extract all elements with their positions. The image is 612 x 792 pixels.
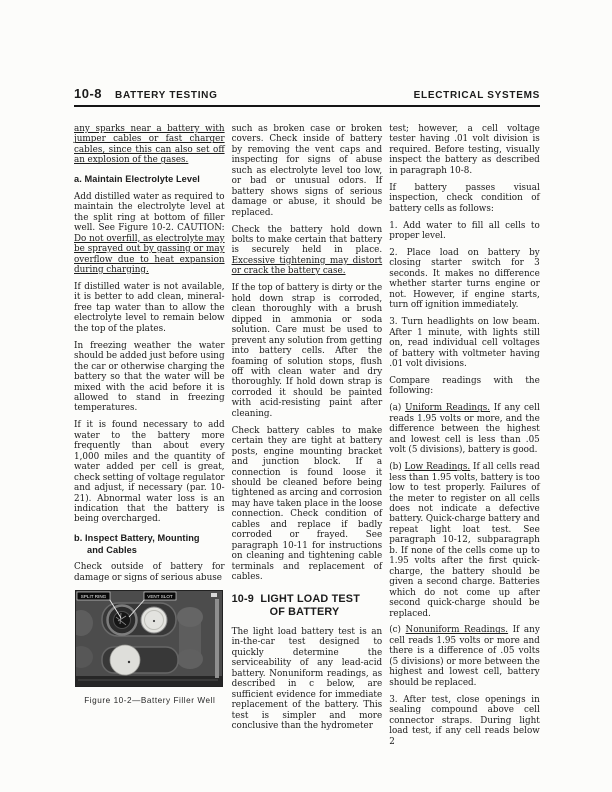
paragraph: Compare readings with the following: [389, 376, 540, 397]
figure-battery-filler-well: SPLIT RING VENT SLOT Figure 10-2—Battery… [75, 590, 225, 705]
paragraph: The light load battery test is an in-the… [232, 627, 383, 732]
paragraph: Add distilled water as required to maint… [74, 192, 225, 276]
paragraph: If the top of battery is dirty or the ho… [232, 283, 383, 419]
column-3: test; however, a cell voltage tester hav… [389, 124, 540, 753]
warning-paragraph: any sparks near a battery with jumper ca… [74, 124, 225, 166]
column-1: any sparks near a battery with jumper ca… [74, 124, 225, 753]
paragraph: If battery passes visual inspection, che… [389, 183, 540, 214]
vent-cap-bottom [110, 645, 140, 675]
paragraph: Check outside of battery for damage or s… [74, 562, 225, 583]
paragraph: Check battery cables to make certain the… [232, 426, 383, 583]
heading-maintain-electrolyte: a. Maintain Electrolyte Level [74, 174, 225, 186]
paragraph: test; however, a cell voltage tester hav… [389, 124, 540, 176]
section-title: BATTERY TESTING [115, 90, 218, 101]
vent-slot-label: VENT SLOT [147, 594, 173, 599]
paragraph: In freezing weather the water should be … [74, 341, 225, 414]
three-column-body: any sparks near a battery with jumper ca… [74, 124, 540, 753]
paragraph: If it is found necessary to add water to… [74, 420, 225, 525]
heading-light-load-test: 10-9 LIGHT LOAD TESTOF BATTERY [232, 593, 383, 620]
chapter-title: ELECTRICAL SYSTEMS [414, 90, 540, 101]
heading-inspect-battery: b. Inspect Battery, Mountingand Cables [74, 533, 225, 556]
step-2: 2. Place load on battery by closing star… [389, 248, 540, 311]
paragraph: Check the battery hold down bolts to mak… [232, 225, 383, 277]
nonuniform-readings-item: (c) Nonuniform Readings. If any cell rea… [389, 625, 540, 688]
paragraph: 3. After test, close openings in sealing… [389, 695, 540, 747]
paragraph: If distilled water is not available, it … [74, 282, 225, 334]
manual-page: 10-8 BATTERY TESTING ELECTRICAL SYSTEMS … [0, 0, 612, 792]
step-3: 3. Turn headlights on low beam. After 1 … [389, 317, 540, 369]
page-header: 10-8 BATTERY TESTING ELECTRICAL SYSTEMS [74, 86, 540, 107]
header-left: 10-8 BATTERY TESTING [74, 86, 218, 101]
battery-photo: SPLIT RING VENT SLOT [75, 590, 223, 687]
page-number: 10-8 [74, 86, 102, 101]
split-ring-label: SPLIT RING [81, 594, 107, 599]
page-content: 10-8 BATTERY TESTING ELECTRICAL SYSTEMS … [74, 86, 540, 753]
column-2: such as broken case or broken covers. Ch… [232, 124, 383, 753]
paragraph: such as broken case or broken covers. Ch… [232, 124, 383, 218]
step-1: 1. Add water to fill all cells to proper… [389, 221, 540, 242]
low-readings-item: (b) Low Readings. If all cells read less… [389, 462, 540, 619]
uniform-readings-item: (a) Uniform Readings. If any cell reads … [389, 403, 540, 455]
figure-caption: Figure 10-2—Battery Filler Well [75, 696, 225, 705]
